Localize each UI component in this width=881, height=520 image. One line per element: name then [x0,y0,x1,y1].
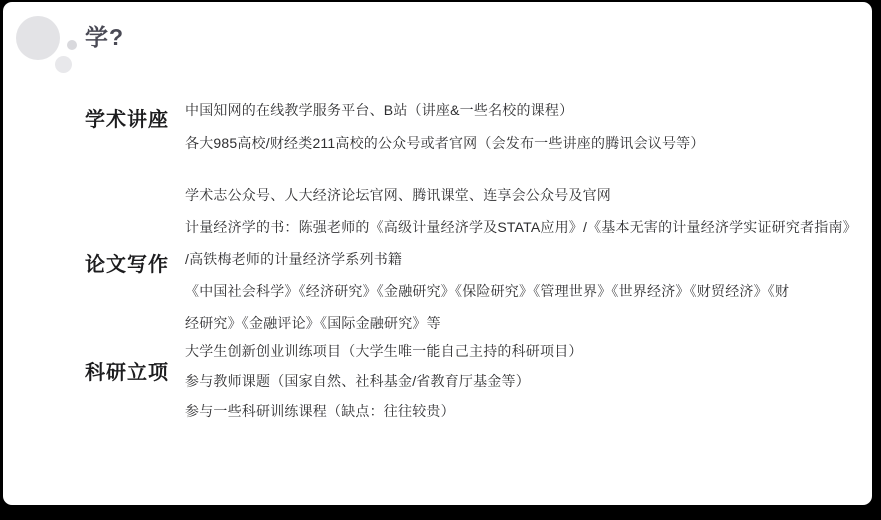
body-line: 大学生创新创业训练项目（大学生唯一能自己主持的科研项目） [185,341,583,361]
body-line: 参与教师课题（国家自然、社科基金/省教育厅基金等） [185,371,530,391]
body-line: 参与一些科研训练课程（缺点：往往较贵） [185,401,455,421]
body-line: 学术志公众号、人大经济论坛官网、腾讯课堂、连享会公众号及官网 [185,185,611,205]
section-heading-research-projects: 科研立项 [85,356,169,385]
body-line: 计量经济学的书：陈强老师的《高级计量经济学及STATA应用》/《基本无害的计量经… [185,217,857,237]
body-line: /高铁梅老师的计量经济学系列书籍 [185,249,402,269]
section-heading-paper-writing: 论文写作 [85,248,169,277]
slide-canvas: 学? 学术讲座 中国知网的在线教学服务平台、B站（讲座&一些名校的课程） 各大9… [3,2,872,505]
body-line: 各大985高校/财经类211高校的公众号或者官网（会发布一些讲座的腾讯会议号等） [185,133,705,153]
body-line: 《中国社会科学》《经济研究》《金融研究》《保险研究》《管理世界》《世界经济》《财… [185,281,789,301]
body-line: 中国知网的在线教学服务平台、B站（讲座&一些名校的课程） [185,100,573,120]
decor-bubble-large-icon [16,16,60,60]
slide-title: 学? [85,19,124,52]
section-heading-academic-lectures: 学术讲座 [85,103,169,132]
body-line: 经研究》《金融评论》《国际金融研究》等 [185,313,441,333]
decor-bubble-small-icon [67,40,77,50]
decor-bubble-medium-icon [55,56,72,73]
